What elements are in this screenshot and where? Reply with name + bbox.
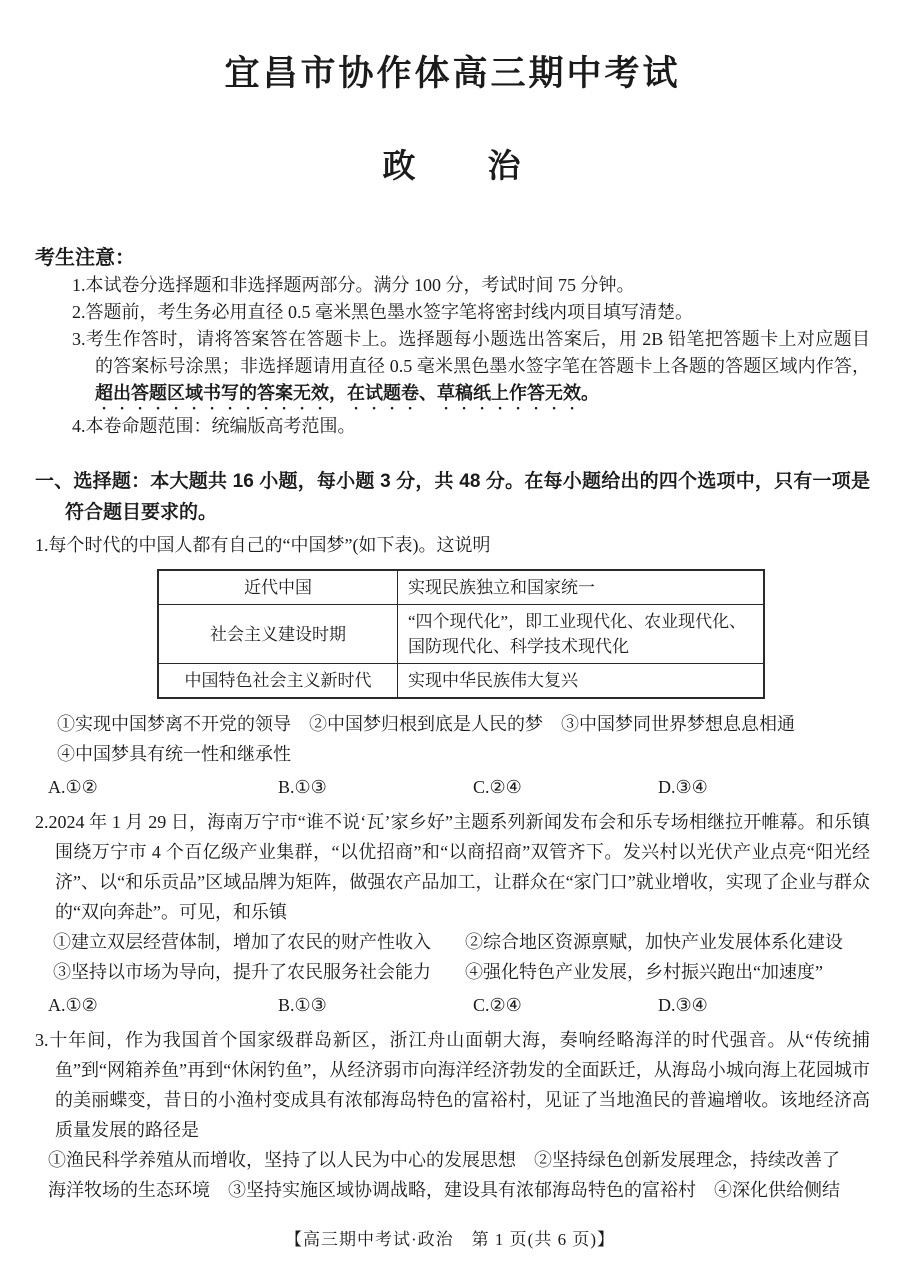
option-2: ②综合地区资源禀赋，加快产业发展体系化建设 [465,927,870,957]
option-4: ④强化特色产业发展，乡村振兴跑出“加速度” [465,957,870,987]
notice-item-text: 考生作答时，请将答案答在答题卡上。选择题每小题选出答案后，用 2B 铅笔把答题卡… [86,329,871,376]
table-cell-era: 近代中国 [158,570,398,605]
notice-item-number: 1. [72,275,86,295]
question-1-choices: A.①② B.①③ C.②④ D.③④ [35,772,870,802]
option-1: ①建立双层经营体制，增加了农民的财产性收入 [53,927,465,957]
question-2-stem: 2.2024 年 1 月 29 日，海南万宁市“谁不说‘瓦’家乡好”主题系列新闻… [35,807,870,927]
question-stem-text: 2024 年 1 月 29 日，海南万宁市“谁不说‘瓦’家乡好”主题系列新闻发布… [49,812,871,922]
table-cell-era: 社会主义建设时期 [158,605,398,664]
notice-item-emphasized-text: 超出答题区域书写的答案无效，在试题卷、草稿纸上作答无效。 [95,383,599,403]
notice-item-number: 2. [72,302,86,322]
table-row: 中国特色社会主义新时代 实现中华民族伟大复兴 [158,664,764,699]
choice-c: C.②④ [473,990,658,1020]
notice-item-2: 2.答题前，考生务必用直径 0.5 毫米黑色墨水签字笔将密封线内项目填写清楚。 [35,299,870,326]
page-footer: 【高三期中考试·政治 第 1 页(共 6 页)】 [0,1225,900,1250]
subject-title: 政 治 [35,140,870,187]
question-2: 2.2024 年 1 月 29 日，海南万宁市“谁不说‘瓦’家乡好”主题系列新闻… [35,807,870,1020]
question-number: 3. [35,1030,49,1050]
choice-d: D.③④ [658,772,870,802]
notice-item-number: 4. [72,416,86,436]
question-3-stem: 3.十年间，作为我国首个国家级群岛新区，浙江舟山面朝大海，奏响经略海洋的时代强音… [35,1025,870,1145]
notice-item-text: 本试卷分选择题和非选择题两部分。满分 100 分，考试时间 75 分钟。 [86,275,635,295]
table-cell-dream: “四个现代化”，即工业现代化、农业现代化、国防现代化、科学技术现代化 [398,605,765,664]
question-2-choices: A.①② B.①③ C.②④ D.③④ [35,990,870,1020]
question-1-options-line-2: ④中国梦具有统一性和继承性 [35,739,870,769]
notice-item-4: 4.本卷命题范围：统编版高考范围。 [35,413,870,440]
table-row: 近代中国 实现民族独立和国家统一 [158,570,764,605]
question-3: 3.十年间，作为我国首个国家级群岛新区，浙江舟山面朝大海，奏响经略海洋的时代强音… [35,1025,870,1205]
question-1-stem: 1.每个时代的中国人都有自己的“中国梦”(如下表)。这说明 [35,530,870,560]
question-stem-text: 每个时代的中国人都有自己的“中国梦”(如下表)。这说明 [49,535,491,555]
table-cell-era: 中国特色社会主义新时代 [158,664,398,699]
notice-item-text: 本卷命题范围：统编版高考范围。 [86,416,356,436]
table-cell-dream: 实现民族独立和国家统一 [398,570,765,605]
choice-a: A.①② [48,772,278,802]
section-1-heading: 一、选择题：本大题共 16 小题，每小题 3 分，共 48 分。在每小题给出的四… [35,466,870,528]
question-number: 2. [35,812,49,832]
question-2-options: ①建立双层经营体制，增加了农民的财产性收入 ②综合地区资源禀赋，加快产业发展体系… [35,927,870,987]
question-1: 1.每个时代的中国人都有自己的“中国梦”(如下表)。这说明 近代中国 实现民族独… [35,530,870,802]
notice-item-text: 答题前，考生务必用直径 0.5 毫米黑色墨水签字笔将密封线内项目填写清楚。 [86,302,694,322]
option-3: ③坚持以市场为导向，提升了农民服务社会能力 [53,957,465,987]
question-stem-text: 十年间，作为我国首个国家级群岛新区，浙江舟山面朝大海，奏响经略海洋的时代强音。从… [49,1030,871,1140]
question-3-options-line-1: ①渔民科学养殖从而增收，坚持了以人民为中心的发展思想 ②坚持绿色创新发展理念，持… [35,1145,870,1175]
choice-d: D.③④ [658,990,870,1020]
question-1-options-line-1: ①实现中国梦离不开党的领导 ②中国梦归根到底是人民的梦 ③中国梦同世界梦想息息相… [35,709,870,739]
choice-a: A.①② [48,990,278,1020]
choice-b: B.①③ [278,772,473,802]
notice-item-number: 3. [72,329,86,349]
question-3-options-line-2: 海洋牧场的生态环境 ③坚持实施区域协调战略，建设具有浓郁海岛特色的富裕村 ④深化… [35,1175,870,1205]
notice-heading: 考生注意： [35,245,870,272]
notice-section: 考生注意： 1.本试卷分选择题和非选择题两部分。满分 100 分，考试时间 75… [35,245,870,440]
table-row: 社会主义建设时期 “四个现代化”，即工业现代化、农业现代化、国防现代化、科学技术… [158,605,764,664]
choice-c: C.②④ [473,772,658,802]
table-cell-dream: 实现中华民族伟大复兴 [398,664,765,699]
question-number: 1. [35,535,49,555]
choice-b: B.①③ [278,990,473,1020]
notice-item-3: 3.考生作答时，请将答案答在答题卡上。选择题每小题选出答案后，用 2B 铅笔把答… [35,326,870,413]
exam-paper-page: 宜昌市协作体高三期中考试 政 治 考生注意： 1.本试卷分选择题和非选择题两部分… [0,0,900,1262]
china-dream-table: 近代中国 实现民族独立和国家统一 社会主义建设时期 “四个现代化”，即工业现代化… [157,569,765,699]
page-title: 宜昌市协作体高三期中考试 [35,46,870,96]
notice-item-1: 1.本试卷分选择题和非选择题两部分。满分 100 分，考试时间 75 分钟。 [35,272,870,299]
